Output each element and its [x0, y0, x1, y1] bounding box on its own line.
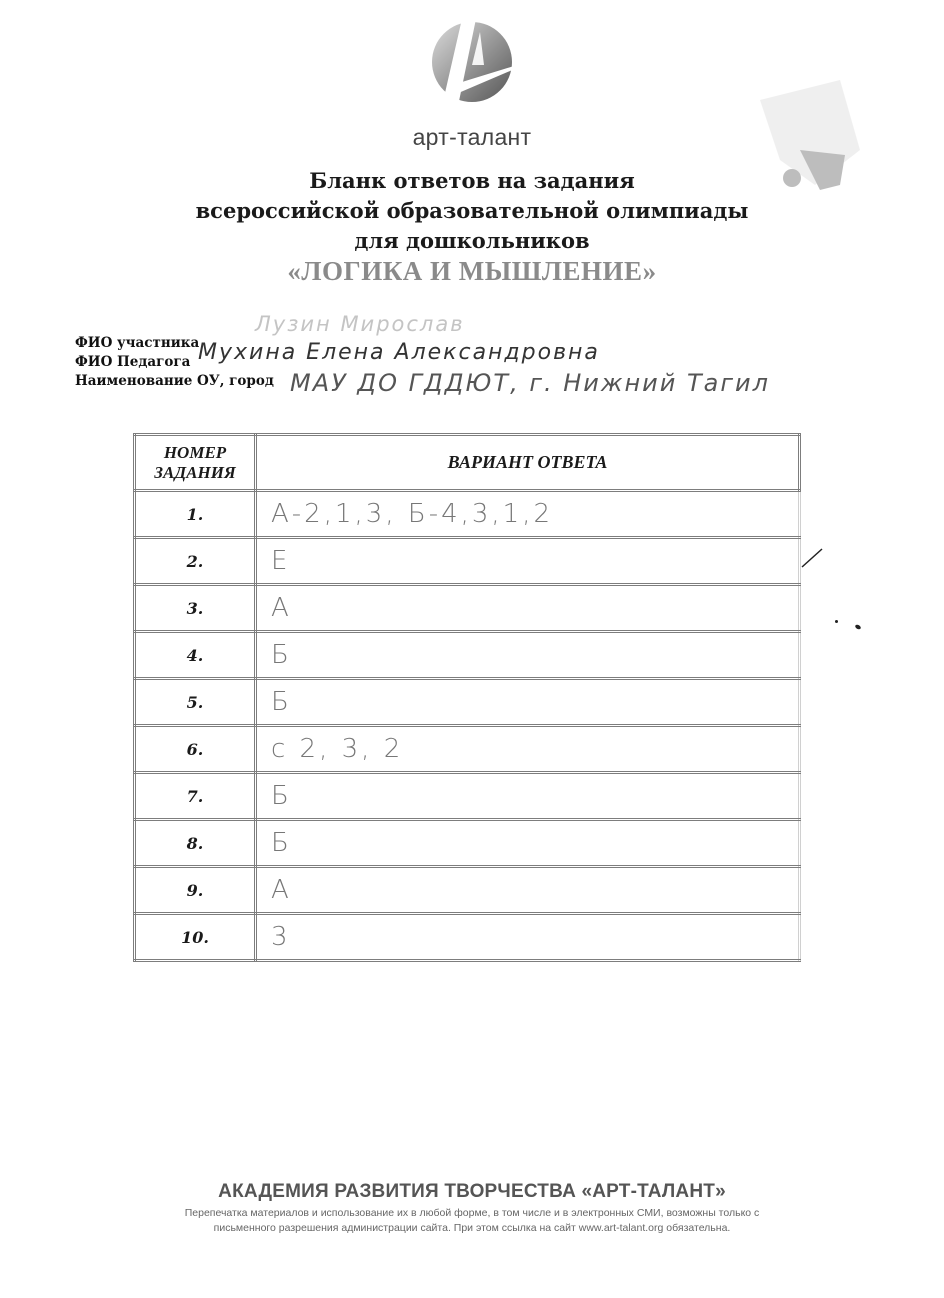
participant-label: ФИО участника: [75, 335, 199, 351]
answer-field[interactable]: А: [256, 867, 800, 914]
form-title-line3: для дошкольников: [0, 228, 944, 253]
form-title-line2: всероссийской образовательной олимпиады: [0, 198, 944, 223]
answer-field[interactable]: с 2, 3, 2: [256, 726, 800, 773]
answer-field[interactable]: Б: [256, 773, 800, 820]
column-header-line2: ЗАДАНИЯ: [136, 463, 254, 483]
table-row: 7.Б: [135, 773, 800, 820]
teacher-label: ФИО Педагога: [75, 354, 190, 370]
task-number: 5.: [135, 679, 256, 726]
art-talant-logo-icon: [422, 10, 522, 110]
task-number: 9.: [135, 867, 256, 914]
task-number: 1.: [135, 491, 256, 538]
task-number: 7.: [135, 773, 256, 820]
olympiad-name: «ЛОГИКА И МЫШЛЕНИЕ»: [0, 256, 944, 287]
participant-name-value[interactable]: Лузин Мирослав: [255, 312, 465, 336]
footer-notice-line2: письменного разрешения администрации сай…: [0, 1222, 944, 1234]
teacher-name-value[interactable]: Мухина Елена Александровна: [198, 340, 600, 365]
school-label: Наименование ОУ, город: [75, 373, 274, 389]
school-name-value[interactable]: МАУ ДО ГДДЮТ, г. Нижний Тагил: [290, 369, 770, 397]
table-row: 1.А-2,1,3, Б-4,3,1,2: [135, 491, 800, 538]
column-header-answer: ВАРИАНТ ОТВЕТА: [256, 435, 800, 491]
brand-name: арт-талант: [380, 124, 564, 151]
answer-field[interactable]: Б: [256, 820, 800, 867]
footer-notice-line1: Перепечатка материалов и использование и…: [0, 1207, 944, 1219]
task-number: 3.: [135, 585, 256, 632]
table-row: 8.Б: [135, 820, 800, 867]
answer-field[interactable]: 3: [256, 914, 800, 961]
table-row: 3.А: [135, 585, 800, 632]
form-title-line1: Бланк ответов на задания: [0, 168, 944, 193]
check-mark-icon: [800, 545, 824, 569]
table-row: 10.3: [135, 914, 800, 961]
column-header-task-number: НОМЕР ЗАДАНИЯ: [135, 435, 256, 491]
task-number: 8.: [135, 820, 256, 867]
task-number: 4.: [135, 632, 256, 679]
answer-field[interactable]: А: [256, 585, 800, 632]
stray-mark: [835, 620, 838, 623]
answer-field[interactable]: Б: [256, 679, 800, 726]
task-number: 2.: [135, 538, 256, 585]
footer-academy-name: АКАДЕМИЯ РАЗВИТИЯ ТВОРЧЕСТВА «АРТ-ТАЛАНТ…: [0, 1181, 944, 1203]
table-header-row: НОМЕР ЗАДАНИЯ ВАРИАНТ ОТВЕТА: [135, 435, 800, 491]
table-row: 4.Б: [135, 632, 800, 679]
table-row: 6.с 2, 3, 2: [135, 726, 800, 773]
answer-field[interactable]: Е: [256, 538, 800, 585]
answer-field[interactable]: Б: [256, 632, 800, 679]
task-number: 6.: [135, 726, 256, 773]
table-row: 9.А: [135, 867, 800, 914]
column-header-line1: НОМЕР: [136, 443, 254, 463]
task-number: 10.: [135, 914, 256, 961]
answers-table: НОМЕР ЗАДАНИЯ ВАРИАНТ ОТВЕТА 1.А-2,1,3, …: [133, 433, 801, 962]
answer-field[interactable]: А-2,1,3, Б-4,3,1,2: [256, 491, 800, 538]
table-row: 2.Е: [135, 538, 800, 585]
stray-mark: [854, 624, 861, 630]
table-row: 5.Б: [135, 679, 800, 726]
